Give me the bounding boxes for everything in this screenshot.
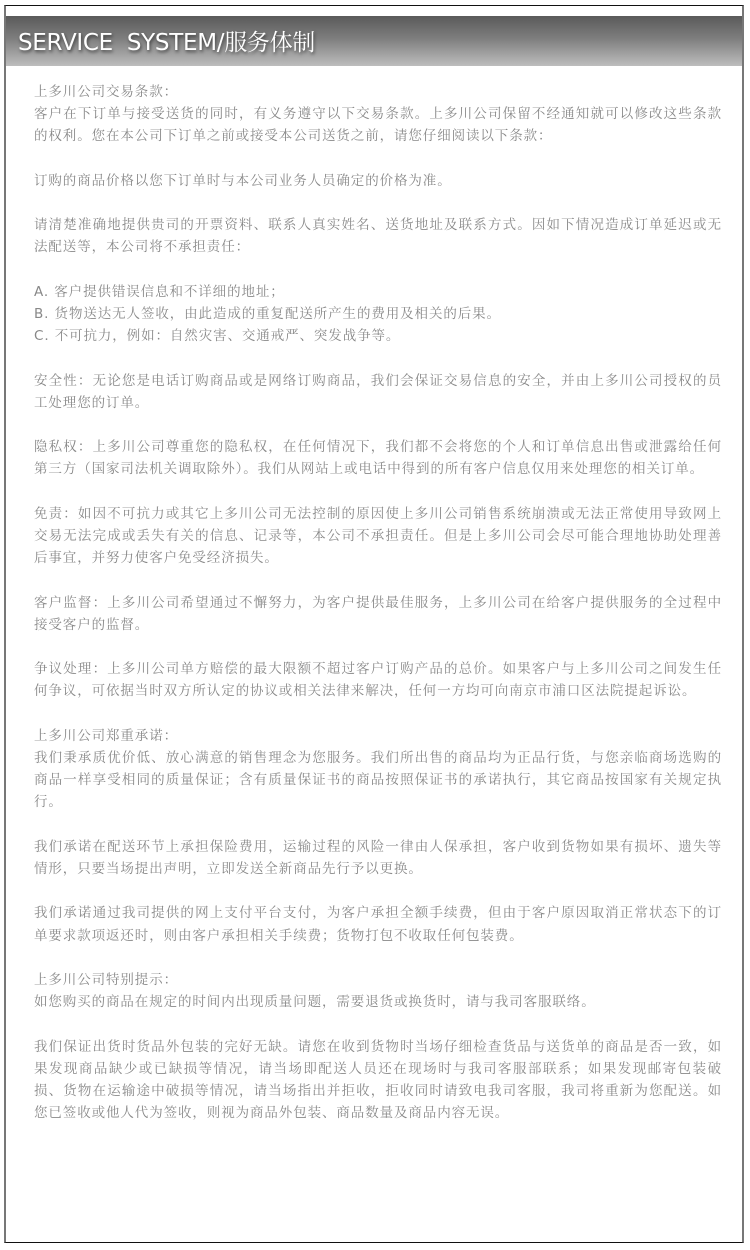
paragraph-heading: 上多川公司特别提示： (34, 969, 722, 991)
paragraph-text: 客户监督：上多川公司希望通过不懈努力，为客户提供最佳服务，上多川公司在给客户提供… (34, 595, 722, 633)
terms-exemption-list: A. 客户提供错误信息和不详细的地址； B. 货物送达无人签收，由此造成的重复配… (34, 281, 722, 348)
paragraph-text: 安全性：无论您是电话订购商品或是网络订购商品，我们会保证交易信息的安全，并由上多… (34, 373, 722, 411)
paragraph-text: 客户在下订单与接受送货的同时，有义务遵守以下交易条款。上多川公司保留不经通知就可… (34, 106, 722, 144)
list-item-b: B. 货物送达无人签收，由此造成的重复配送所产生的费用及相关的后果。 (34, 303, 722, 325)
terms-pricing: 订购的商品价格以您下订单时与本公司业务人员确定的价格为准。 (34, 170, 722, 192)
terms-special-notice: 上多川公司特别提示： 如您购买的商品在规定的时间内出现质量问题，需要退货或换货时… (34, 969, 722, 1013)
section-header-banner: SERVICE SYSTEM/服务体制 (6, 16, 742, 66)
terms-customer-supervision: 客户监督：上多川公司希望通过不懈努力，为客户提供最佳服务，上多川公司在给客户提供… (34, 592, 722, 636)
paragraph-text: 订购的商品价格以您下订单时与本公司业务人员确定的价格为准。 (34, 173, 452, 189)
terms-privacy: 隐私权：上多川公司尊重您的隐私权，在任何情况下，我们都不会将您的个人和订单信息出… (34, 436, 722, 480)
paragraph-text: 请清楚准确地提供贵司的开票资料、联系人真实姓名、送货地址及联系方式。因如下情况造… (34, 217, 722, 255)
terms-solemn-promise: 上多川公司郑重承诺： 我们秉承质优价低、放心满意的销售理念为您服务。我们所出售的… (34, 725, 722, 814)
terms-packaging-guarantee: 我们保证出货时货品外包装的完好无缺。请您在收到货物时当场仔细检查货品与送货单的商… (34, 1036, 722, 1125)
paragraph-heading: 上多川公司郑重承诺： (34, 725, 722, 747)
list-item-c: C. 不可抗力，例如：自然灾害、交通戒严、突发战争等。 (34, 325, 722, 347)
paragraph-heading: 上多川公司交易条款： (34, 81, 722, 103)
terms-dispute-resolution: 争议处理：上多川公司单方赔偿的最大限额不超过客户订购产品的总价。如果客户与上多川… (34, 658, 722, 702)
service-system-panel: SERVICE SYSTEM/服务体制 上多川公司交易条款： 客户在下订单与接受… (4, 5, 744, 1243)
terms-content: 上多川公司交易条款： 客户在下订单与接受送货的同时，有义务遵守以下交易条款。上多… (34, 81, 722, 1147)
terms-security: 安全性：无论您是电话订购商品或是网络订购商品，我们会保证交易信息的安全，并由上多… (34, 370, 722, 414)
paragraph-text: 如您购买的商品在规定的时间内出现质量问题，需要退货或换货时，请与我司客服联络。 (34, 994, 596, 1010)
terms-trade-clauses: 上多川公司交易条款： 客户在下订单与接受送货的同时，有义务遵守以下交易条款。上多… (34, 81, 722, 148)
terms-insurance: 我们承诺在配送环节上承担保险费用，运输过程的风险一律由人保承担，客户收到货物如果… (34, 836, 722, 880)
list-item-a: A. 客户提供错误信息和不详细的地址； (34, 281, 722, 303)
terms-disclaimer: 免责：如因不可抗力或其它上多川公司无法控制的原因使上多川公司销售系统崩溃或无法正… (34, 503, 722, 570)
paragraph-text: 隐私权：上多川公司尊重您的隐私权，在任何情况下，我们都不会将您的个人和订单信息出… (34, 439, 722, 477)
paragraph-text: 免责：如因不可抗力或其它上多川公司无法控制的原因使上多川公司销售系统崩溃或无法正… (34, 506, 722, 566)
terms-payment-fees: 我们承诺通过我司提供的网上支付平台支付，为客户承担全额手续费，但由于客户原因取消… (34, 902, 722, 946)
paragraph-text: 我们保证出货时货品外包装的完好无缺。请您在收到货物时当场仔细检查货品与送货单的商… (34, 1039, 722, 1122)
paragraph-text: 我们承诺在配送环节上承担保险费用，运输过程的风险一律由人保承担，客户收到货物如果… (34, 839, 722, 877)
terms-delivery-info: 请清楚准确地提供贵司的开票资料、联系人真实姓名、送货地址及联系方式。因如下情况造… (34, 214, 722, 258)
paragraph-text: 我们秉承质优价低、放心满意的销售理念为您服务。我们所出售的商品均为正品行货，与您… (34, 750, 722, 810)
paragraph-text: 我们承诺通过我司提供的网上支付平台支付，为客户承担全额手续费，但由于客户原因取消… (34, 905, 722, 943)
section-title: SERVICE SYSTEM/服务体制 (18, 24, 315, 57)
paragraph-text: 争议处理：上多川公司单方赔偿的最大限额不超过客户订购产品的总价。如果客户与上多川… (34, 661, 722, 699)
